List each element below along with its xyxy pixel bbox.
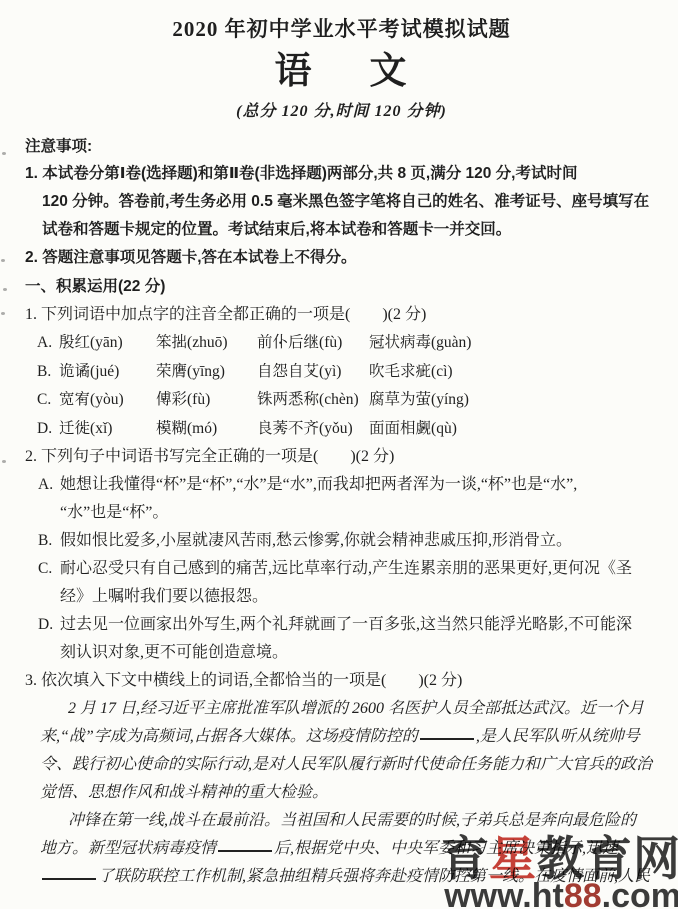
exam-title: 2020 年初中学业水平考试模拟试题 bbox=[25, 14, 658, 44]
word-post: (xǐ) bbox=[90, 420, 112, 437]
option-letter: D. bbox=[38, 611, 53, 639]
word-pre: 自怨自 bbox=[257, 363, 304, 380]
page-content: 2020 年初中学业水平考试模拟试题 语文 (总分 120 分,时间 120 分… bbox=[0, 14, 678, 891]
notice-item1-line1: 1. 本试卷分第Ⅰ卷(选择题)和第Ⅱ卷(非选择题)两部分,共 8 页,满分 12… bbox=[25, 160, 658, 188]
dotted-char: 宥 bbox=[75, 391, 91, 408]
dotted-char: 疵 bbox=[416, 363, 432, 380]
passage-line: 令、践行初心使命的实际行动,是对人民军队履行新时代使命任务能力和广大官兵的政治 bbox=[40, 751, 658, 779]
subject-char-2: 文 bbox=[370, 51, 409, 92]
word-cell: 诡谲(jué) bbox=[59, 358, 156, 387]
question1-option-row-b: B. 诡谲(jué) 荣膺(yīng) 自怨自艾(yì) 吹毛求疵(cì) bbox=[37, 358, 658, 387]
exam-paper-page: 2020 年初中学业水平考试模拟试题 语文 (总分 120 分,时间 120 分… bbox=[0, 0, 678, 909]
site-watermark: 育星教育网 www.ht88.com bbox=[441, 835, 678, 909]
scan-speck bbox=[1, 312, 5, 315]
passage-text: 来,“战”字成为高频词,占据各大媒体。这场疫情防控的 bbox=[40, 728, 418, 745]
word-pre: 面面相 bbox=[369, 420, 416, 437]
passage-line-with-blank: 来,“战”字成为高频词,占据各大媒体。这场疫情防控的,是人民军队听从统帅号 bbox=[40, 723, 658, 751]
question2-option-d: D. 过去见一位画家出外写生,两个礼拜就画了一百多张,这当然只能浮光略影,不可能… bbox=[38, 611, 658, 667]
word-post: (yì) bbox=[319, 363, 341, 380]
notice-item1-line3: 试卷和答题卡规定的位置。考试结束后,将本试卷和答题卡一并交回。 bbox=[25, 216, 658, 244]
dotted-char: 觑 bbox=[416, 420, 432, 437]
subject-char-1: 语 bbox=[275, 51, 314, 92]
passage-line: 觉悟、思想作风和战斗精神的重大检验。 bbox=[40, 779, 658, 807]
word-post: 状病毒(guàn) bbox=[385, 334, 472, 351]
notice-heading: 注意事项: bbox=[25, 134, 658, 160]
question3-stem: 3. 依次填入下文中横线上的词语,全都恰当的一项是( )(2 分) bbox=[25, 667, 658, 695]
word-post: 红(yān) bbox=[75, 334, 123, 351]
dotted-char: 膺 bbox=[172, 363, 188, 380]
question1-option-row-c: C. 宽宥(yòu) 傅彩(fù) 铢两悉称(chèn) 腐草为萤(yíng) bbox=[37, 386, 658, 415]
option-text-line: 耐心忍受只有自己感到的痛苦,远比草率行动,产生连累亲朋的恶果更好,更何况《圣 bbox=[60, 555, 658, 583]
question2-option-c: C. 耐心忍受只有自己感到的痛苦,远比草率行动,产生连累亲朋的恶果更好,更何况《… bbox=[38, 555, 658, 611]
option-text-line: 经》上嘱咐我们要以德报怨。 bbox=[60, 583, 658, 611]
passage-text: 地方。新型冠状病毒疫情 bbox=[40, 840, 216, 857]
question1-stem: 1. 下列词语中加点字的注音全都正确的一项是( )(2 分) bbox=[25, 301, 658, 329]
watermark-url-pre: www.ht bbox=[444, 877, 564, 909]
question1-option-row-a: A. 殷红(yān) 笨拙(zhuō) 前仆后继(fù) 冠状病毒(guàn) bbox=[37, 329, 658, 358]
question2-option-a: A. 她想让我懂得“杯”是“杯”,“水”是“水”,而我却把两者浑为一谈,“杯”也… bbox=[38, 471, 658, 527]
word-cell: 吹毛求疵(cì) bbox=[369, 358, 658, 387]
fill-in-blank bbox=[218, 850, 272, 852]
scan-speck bbox=[2, 152, 6, 155]
word-cell: 模糊(mó) bbox=[156, 415, 257, 444]
dotted-char: 艾 bbox=[304, 363, 320, 380]
scan-speck bbox=[2, 460, 6, 463]
question1-option-row-d: D. 迁徙(xǐ) 模糊(mó) 良莠不齐(yǒu) 面面相觑(qù) bbox=[37, 415, 658, 444]
word-cell: 面面相觑(qù) bbox=[369, 415, 658, 444]
word-pre: 铢两悉 bbox=[257, 391, 304, 408]
word-pre: 笨 bbox=[156, 334, 172, 351]
watermark-url-post: .com bbox=[602, 877, 678, 909]
passage-text: ,是人民军队听从统帅号 bbox=[476, 728, 640, 745]
word-cell: 前仆后继(fù) bbox=[257, 329, 369, 358]
word-cell: 良莠不齐(yǒu) bbox=[257, 415, 369, 444]
passage-line: 2 月 17 日,经习近平主席批准军队增派的 2600 名医护人员全部抵达武汉。… bbox=[40, 695, 658, 723]
word-post: 后继(fù) bbox=[288, 334, 342, 351]
dotted-char: 徙 bbox=[75, 420, 91, 437]
word-cell: 铢两悉称(chèn) bbox=[257, 386, 369, 415]
word-cell: 笨拙(zhuō) bbox=[156, 329, 257, 358]
word-pre: 诡 bbox=[59, 363, 75, 380]
option-text-line: 她想让我懂得“杯”是“杯”,“水”是“水”,而我却把两者浑为一谈,“杯”也是“水… bbox=[60, 471, 658, 499]
word-post: (yòu) bbox=[90, 391, 124, 408]
question2-option-b: B. 假如恨比爱多,小屋就凄风苦雨,愁云惨雾,你就会精神悲戚压抑,形消骨立。 bbox=[38, 527, 658, 555]
word-post: (chèn) bbox=[319, 391, 359, 408]
word-pre: 吹毛求 bbox=[369, 363, 416, 380]
word-post: 彩(fù) bbox=[172, 391, 211, 408]
fill-in-blank bbox=[420, 738, 474, 740]
option-letter: C. bbox=[38, 555, 52, 583]
question2-stem: 2. 下列句子中词语书写完全正确的一项是( )(2 分) bbox=[25, 443, 658, 471]
word-post: (qù) bbox=[431, 420, 457, 437]
notice-item1-line2: 120 分钟。答卷前,考生务必用 0.5 毫米黑色签字笔将自己的姓名、准考证号、… bbox=[25, 188, 658, 216]
fill-in-blank bbox=[42, 878, 96, 880]
word-post: (jué) bbox=[90, 363, 119, 380]
scan-speck bbox=[3, 288, 7, 291]
option-text-line: 过去见一位画家出外写生,两个礼拜就画了一百多张,这当然只能浮光略影,不可能深 bbox=[60, 611, 658, 639]
word-cell: 傅彩(fù) bbox=[156, 386, 257, 415]
score-time-note: (总分 120 分,时间 120 分钟) bbox=[25, 102, 658, 122]
word-cell: 迁徙(xǐ) bbox=[59, 415, 156, 444]
dotted-char: 冠 bbox=[369, 334, 385, 351]
dotted-char: 称 bbox=[304, 391, 320, 408]
word-cell: 宽宥(yòu) bbox=[59, 386, 156, 415]
option-letter: B. bbox=[37, 358, 59, 387]
option-letter: A. bbox=[37, 329, 59, 358]
scan-speck bbox=[1, 259, 5, 262]
option-letter: B. bbox=[38, 527, 52, 555]
passage-line: 冲锋在第一线,战斗在最前沿。当祖国和人民需要的时候,子弟兵总是奔向最危险的 bbox=[40, 807, 658, 835]
dotted-char: 模 bbox=[156, 420, 172, 437]
option-text-line: 刻认识对象,更不可能创造意境。 bbox=[60, 639, 658, 667]
section-heading: 一、积累运用(22 分) bbox=[25, 273, 658, 301]
word-pre: 迁 bbox=[59, 420, 75, 437]
word-post: (zhuō) bbox=[187, 334, 227, 351]
word-cell: 腐草为萤(yíng) bbox=[369, 386, 658, 415]
word-post: (cì) bbox=[431, 363, 453, 380]
word-pre: 腐草为 bbox=[369, 391, 416, 408]
word-cell: 冠状病毒(guàn) bbox=[369, 329, 658, 358]
watermark-url: www.ht88.com bbox=[441, 879, 678, 909]
dotted-char: 仆 bbox=[273, 334, 289, 351]
dotted-char: 萤 bbox=[416, 391, 432, 408]
word-cell: 殷红(yān) bbox=[59, 329, 156, 358]
subject-title: 语文 bbox=[25, 50, 658, 94]
word-pre: 宽 bbox=[59, 391, 75, 408]
notice-item2: 2. 答题注意事项见答题卡,答在本试卷上不得分。 bbox=[25, 244, 658, 272]
word-cell: 荣膺(yīng) bbox=[156, 358, 257, 387]
dotted-char: 莠 bbox=[273, 420, 289, 437]
watermark-url-digits: 88 bbox=[564, 877, 602, 909]
dotted-char: 傅 bbox=[156, 391, 172, 408]
option-letter: D. bbox=[37, 415, 59, 444]
dotted-char: 拙 bbox=[172, 334, 188, 351]
word-post: 不齐(yǒu) bbox=[288, 420, 353, 437]
option-letter: A. bbox=[38, 471, 53, 499]
option-text-line: “水”也是“杯”。 bbox=[60, 499, 658, 527]
option-text-line: 假如恨比爱多,小屋就凄风苦雨,愁云惨雾,你就会精神悲戚压抑,形消骨立。 bbox=[60, 527, 658, 555]
word-post: (yíng) bbox=[431, 391, 469, 408]
dotted-char: 谲 bbox=[75, 363, 91, 380]
watermark-brand: 育星教育网 bbox=[441, 835, 678, 882]
word-cell: 自怨自艾(yì) bbox=[257, 358, 369, 387]
option-letter: C. bbox=[37, 386, 59, 415]
word-pre: 荣 bbox=[156, 363, 172, 380]
word-pre: 良 bbox=[257, 420, 273, 437]
word-post: 糊(mó) bbox=[172, 420, 218, 437]
word-post: (yīng) bbox=[187, 363, 225, 380]
dotted-char: 殷 bbox=[59, 334, 75, 351]
word-pre: 前 bbox=[257, 334, 273, 351]
